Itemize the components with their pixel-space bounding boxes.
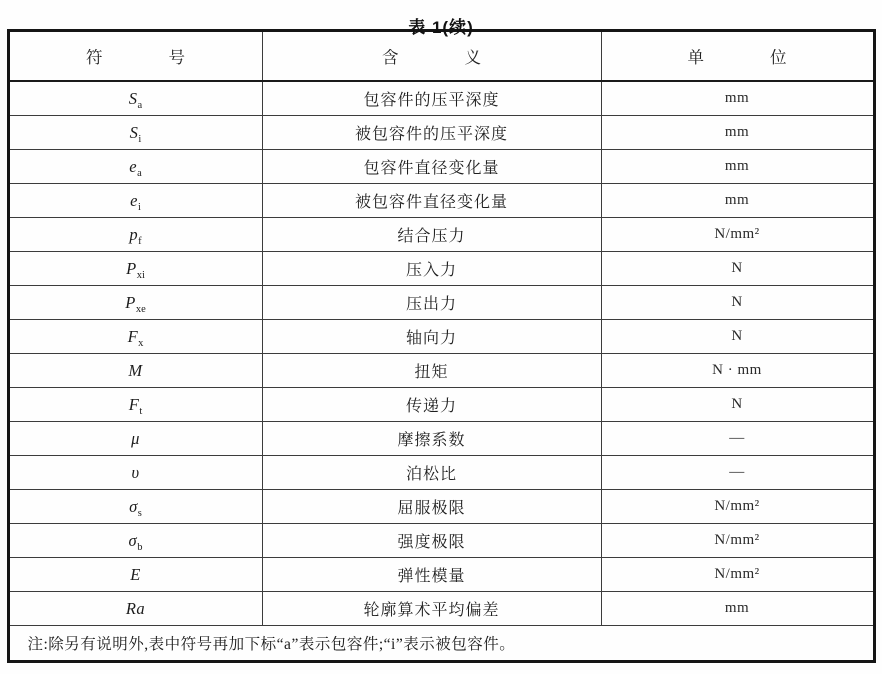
unit-cell: —	[601, 456, 874, 490]
symbol-cell: Fx	[8, 320, 262, 354]
symbol-subscript: b	[137, 542, 142, 553]
symbol-cell: ei	[8, 184, 262, 218]
symbol-cell: υ	[8, 456, 262, 490]
symbol-base: P	[125, 293, 136, 312]
meaning-cell: 摩擦系数	[262, 422, 601, 456]
meaning-cell: 包容件的压平深度	[262, 81, 601, 116]
unit-cell: N/mm²	[601, 490, 874, 524]
document-page: 表 1(续) 符 号 含 义 单 位 Sa包容件的压平深度mmSi被包容件的压平…	[0, 0, 882, 674]
symbol-subscript: a	[137, 168, 142, 179]
meaning-cell: 轴向力	[262, 320, 601, 354]
symbol-base: S	[129, 89, 138, 108]
symbol-cell: σb	[8, 524, 262, 558]
table-row: μ摩擦系数—	[8, 422, 874, 456]
unit-cell: —	[601, 422, 874, 456]
table-title: 表 1(续)	[0, 0, 882, 29]
symbol-subscript: i	[138, 134, 141, 145]
table-row: Ra轮廓算术平均偏差mm	[8, 592, 874, 626]
meaning-cell: 结合压力	[262, 218, 601, 252]
unit-cell: mm	[601, 81, 874, 116]
note-row: 注:除另有说明外,表中符号再加下标“a”表示包容件;“i”表示被包容件。	[8, 626, 874, 662]
symbol-base: e	[130, 191, 138, 210]
column-header-meaning: 含 义	[262, 31, 601, 82]
meaning-cell: 被包容件直径变化量	[262, 184, 601, 218]
symbol-cell: μ	[8, 422, 262, 456]
table-row: σb强度极限N/mm²	[8, 524, 874, 558]
symbol-cell: σs	[8, 490, 262, 524]
symbol-subscript: xi	[137, 270, 145, 281]
unit-cell: N/mm²	[601, 524, 874, 558]
symbol-subscript: f	[138, 236, 142, 247]
meaning-cell: 轮廓算术平均偏差	[262, 592, 601, 626]
symbol-cell: Pxe	[8, 286, 262, 320]
meaning-cell: 压入力	[262, 252, 601, 286]
unit-cell: N	[601, 388, 874, 422]
unit-cell: N	[601, 320, 874, 354]
meaning-cell: 泊松比	[262, 456, 601, 490]
header-row: 符 号 含 义 单 位	[8, 31, 874, 82]
symbol-base: M	[128, 361, 142, 380]
symbol-cell: Ft	[8, 388, 262, 422]
meaning-cell: 压出力	[262, 286, 601, 320]
column-header-unit: 单 位	[601, 31, 874, 82]
symbol-cell: E	[8, 558, 262, 592]
meaning-cell: 屈服极限	[262, 490, 601, 524]
table-row: Ft传递力N	[8, 388, 874, 422]
symbol-cell: M	[8, 354, 262, 388]
table-row: E弹性模量N/mm²	[8, 558, 874, 592]
table-row: Si被包容件的压平深度mm	[8, 116, 874, 150]
table-row: Pxe压出力N	[8, 286, 874, 320]
meaning-cell: 被包容件的压平深度	[262, 116, 601, 150]
symbols-table: 符 号 含 义 单 位 Sa包容件的压平深度mmSi被包容件的压平深度mmea包…	[7, 29, 876, 663]
symbol-base: F	[128, 327, 139, 346]
table-row: Fx轴向力N	[8, 320, 874, 354]
symbol-cell: ea	[8, 150, 262, 184]
symbol-base: e	[129, 157, 137, 176]
symbol-base: σ	[129, 531, 138, 550]
symbol-base: Ra	[126, 599, 145, 618]
symbol-cell: Pxi	[8, 252, 262, 286]
meaning-cell: 包容件直径变化量	[262, 150, 601, 184]
unit-cell: N	[601, 286, 874, 320]
symbol-cell: Ra	[8, 592, 262, 626]
column-header-symbol: 符 号	[8, 31, 262, 82]
symbol-subscript: t	[139, 406, 142, 417]
symbol-base: σ	[129, 497, 138, 516]
table-row: Sa包容件的压平深度mm	[8, 81, 874, 116]
meaning-cell: 强度极限	[262, 524, 601, 558]
symbol-subscript: i	[138, 202, 141, 213]
table-row: pf结合压力N/mm²	[8, 218, 874, 252]
table-header: 符 号 含 义 单 位	[8, 31, 874, 82]
unit-cell: N/mm²	[601, 558, 874, 592]
symbol-subscript: x	[138, 338, 143, 349]
table-row: M扭矩N · mm	[8, 354, 874, 388]
table-row: ea包容件直径变化量mm	[8, 150, 874, 184]
table-footer: 注:除另有说明外,表中符号再加下标“a”表示包容件;“i”表示被包容件。	[8, 626, 874, 662]
symbol-subscript: s	[138, 508, 142, 519]
unit-cell: N · mm	[601, 354, 874, 388]
table-row: Pxi压入力N	[8, 252, 874, 286]
symbol-subscript: xe	[136, 304, 146, 315]
unit-cell: N/mm²	[601, 218, 874, 252]
unit-cell: mm	[601, 184, 874, 218]
table-body: Sa包容件的压平深度mmSi被包容件的压平深度mmea包容件直径变化量mmei被…	[8, 81, 874, 626]
meaning-cell: 弹性模量	[262, 558, 601, 592]
symbol-cell: pf	[8, 218, 262, 252]
table-note: 注:除另有说明外,表中符号再加下标“a”表示包容件;“i”表示被包容件。	[8, 626, 874, 662]
table-row: υ泊松比—	[8, 456, 874, 490]
unit-cell: mm	[601, 150, 874, 184]
symbol-base: p	[129, 225, 138, 244]
symbol-base: υ	[131, 463, 139, 482]
symbol-cell: Sa	[8, 81, 262, 116]
meaning-cell: 扭矩	[262, 354, 601, 388]
symbol-subscript: a	[138, 100, 143, 111]
symbol-base: E	[130, 565, 141, 584]
unit-cell: N	[601, 252, 874, 286]
symbol-base: μ	[131, 429, 140, 448]
symbol-base: F	[129, 395, 140, 414]
symbol-base: P	[126, 259, 137, 278]
table-row: ei被包容件直径变化量mm	[8, 184, 874, 218]
table-row: σs屈服极限N/mm²	[8, 490, 874, 524]
unit-cell: mm	[601, 592, 874, 626]
symbol-cell: Si	[8, 116, 262, 150]
meaning-cell: 传递力	[262, 388, 601, 422]
unit-cell: mm	[601, 116, 874, 150]
